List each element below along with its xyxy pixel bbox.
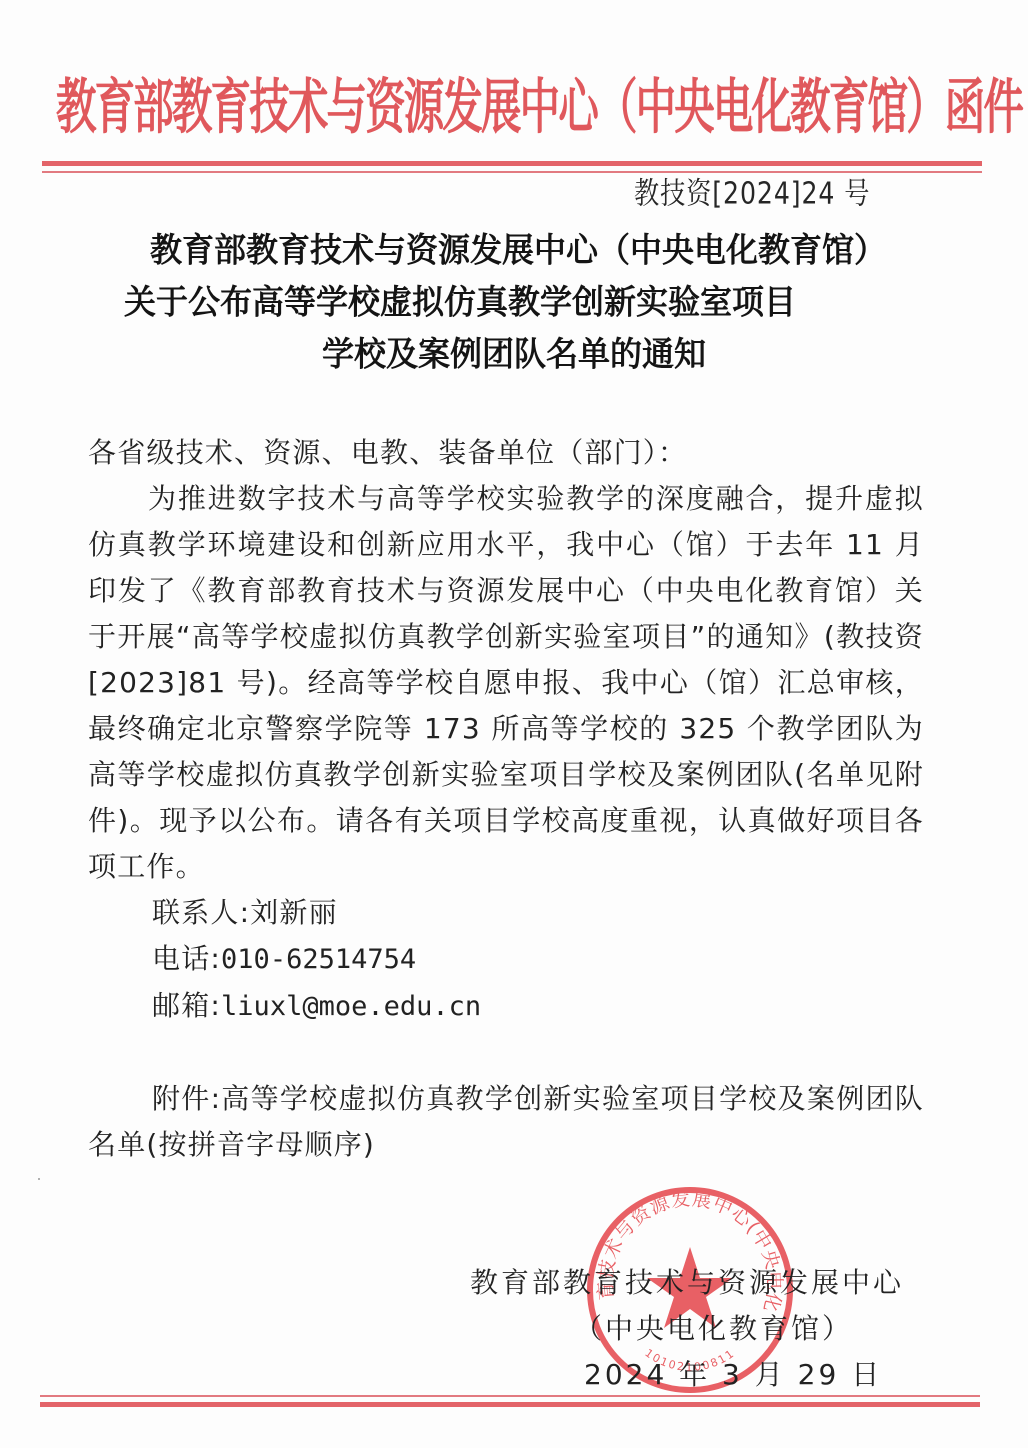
signature-sub-organization: （中央电化教育馆）: [466, 1306, 926, 1352]
title-line-2: 关于公布高等学校虚拟仿真教学创新实验室项目: [0, 275, 1028, 330]
body-paragraph: 为推进数字技术与高等学校实验教学的深度融合，提升虚拟仿真教学环境建设和创新应用水…: [88, 476, 924, 890]
attachment-note: 附件:高等学校虚拟仿真教学创新实验室项目学校及案例团队名单(按拼音字母顺序): [88, 1076, 924, 1168]
contact-phone-label: 电话:: [152, 942, 221, 975]
bottom-rule-thick: [40, 1402, 980, 1407]
signature-organization: 教育部教育技术与资源发展中心: [466, 1260, 926, 1306]
attachment-label: 附件:: [152, 1082, 221, 1115]
letterhead-title: 教育部教育技术与资源发展中心（中央电化教育馆）函件: [56, 60, 902, 157]
scan-speck: [38, 1178, 40, 1180]
attachment-paragraph: 附件:高等学校虚拟仿真教学创新实验室项目学校及案例团队名单(按拼音字母顺序): [88, 1076, 924, 1168]
document-title: 教育部教育技术与资源发展中心（中央电化教育馆） 关于公布高等学校虚拟仿真教学创新…: [0, 224, 1028, 380]
contact-person-name: 刘新丽: [250, 896, 338, 929]
contact-email-label: 邮箱:: [152, 989, 221, 1022]
contact-email: 邮箱:liuxl@moe.edu.cn: [88, 983, 924, 1030]
contact-phone-number: 010-62514754: [221, 944, 416, 975]
contact-person: 联系人:刘新丽: [88, 890, 924, 936]
contact-person-label: 联系人:: [152, 896, 250, 929]
signature-block: 教育部教育技术与资源发展中心 （中央电化教育馆） 2024 年 3 月 29 日: [466, 1260, 926, 1398]
top-rule-thick: [42, 161, 982, 166]
document-number: 教技资[2024]24 号: [634, 172, 870, 215]
document-body: 各省级技术、资源、电教、装备单位（部门）： 为推进数字技术与高等学校实验教学的深…: [88, 430, 924, 1030]
title-line-3: 学校及案例团队名单的通知: [0, 327, 1028, 382]
title-line-1: 教育部教育技术与资源发展中心（中央电化教育馆）: [0, 223, 1028, 278]
signature-date: 2024 年 3 月 29 日: [466, 1352, 926, 1398]
contact-email-address[interactable]: liuxl@moe.edu.cn: [221, 991, 481, 1022]
contact-phone: 电话:010-62514754: [88, 936, 924, 983]
salutation: 各省级技术、资源、电教、装备单位（部门）：: [88, 430, 924, 476]
